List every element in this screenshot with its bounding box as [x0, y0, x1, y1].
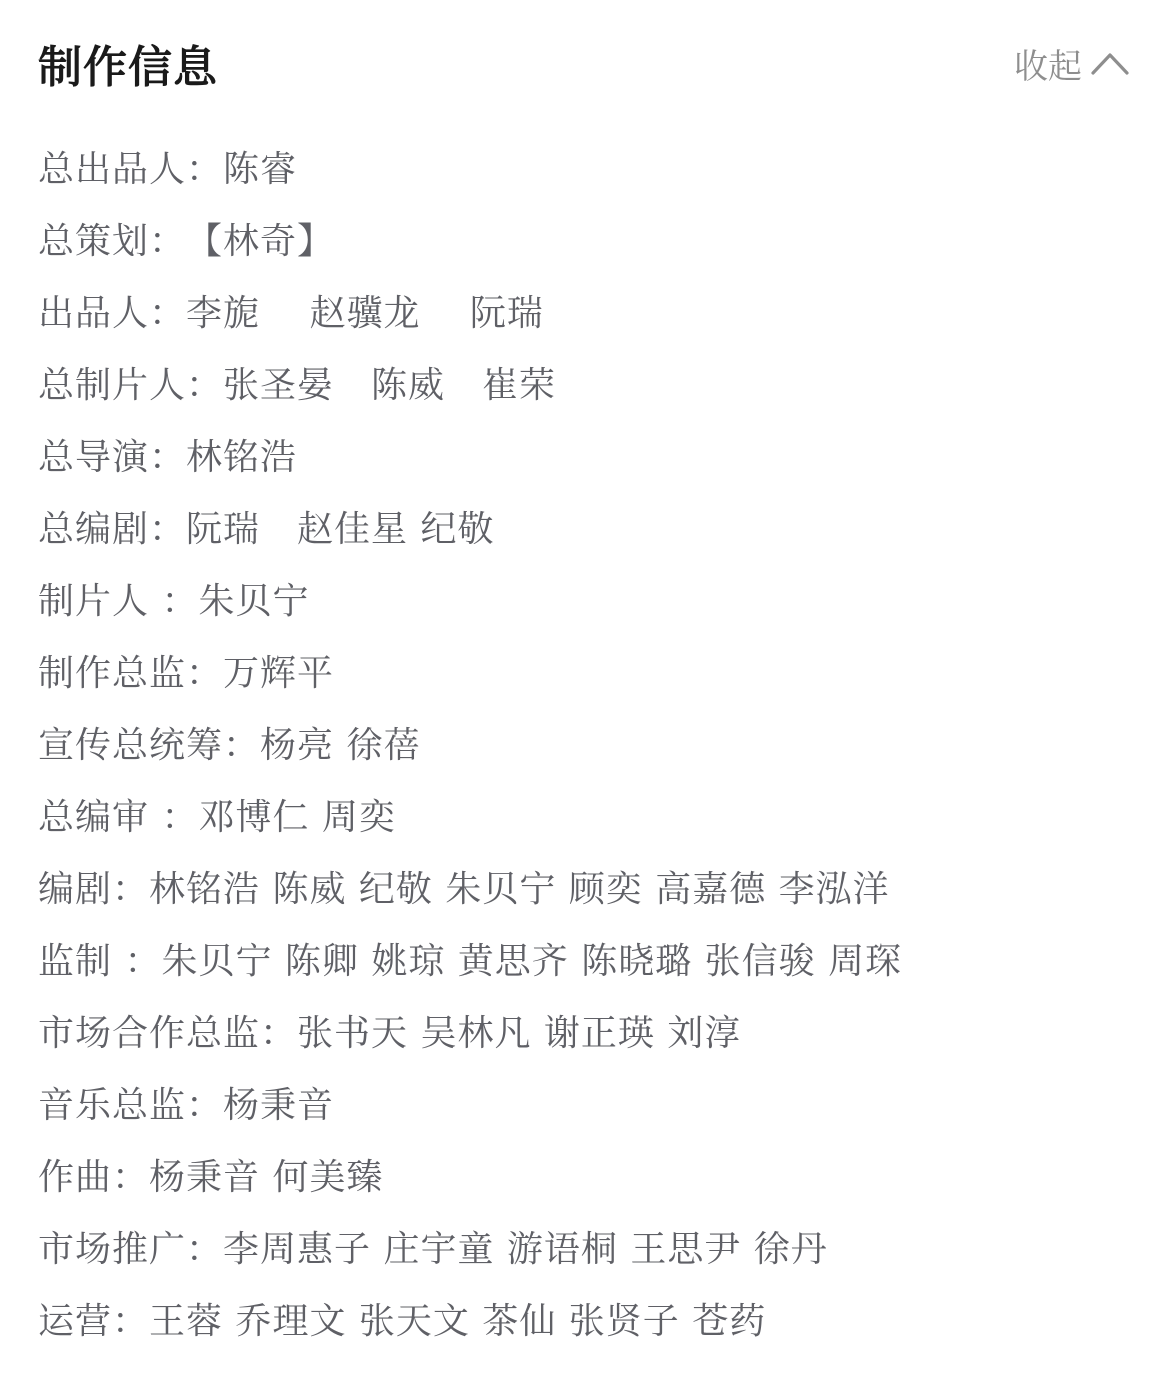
credit-row-producer: 出品人： 李旎 赵骥龙 阮瑞	[38, 274, 1150, 346]
credit-row-marketing-partnership-director: 市场合作总监： 张书天 吴林凡 谢正瑛 刘淳	[38, 994, 1150, 1066]
credit-role: 制作总监：	[38, 645, 223, 696]
credit-names: 【林奇】	[186, 213, 334, 264]
collapse-label: 收起	[1014, 39, 1082, 88]
credit-names: 张书天 吴林凡 谢正瑛 刘淳	[297, 1005, 741, 1056]
credit-role: 宣传总统筹：	[38, 717, 260, 768]
credit-row-screenwriters: 编剧： 林铭浩 陈威 纪敬 朱贝宁 顾奕 高嘉德 李泓洋	[38, 850, 1150, 922]
credit-role: 总制片人：	[38, 357, 223, 408]
credit-names: 邓博仁 周奕	[198, 789, 395, 840]
credit-role: 总编审 ：	[38, 789, 198, 840]
credit-role: 市场推广：	[38, 1221, 223, 1272]
credit-names: 朱贝宁 陈卿 姚琼 黄思齐 陈晓璐 张信骏 周琛	[161, 933, 902, 984]
credit-names: 阮瑞 赵佳星 纪敬	[186, 501, 494, 552]
credit-role: 总导演：	[38, 429, 186, 480]
credit-row-marketing: 市场推广： 李周惠子 庄宇童 游语桐 王思尹 徐丹	[38, 1210, 1150, 1282]
credit-names: 万辉平	[223, 645, 334, 696]
credit-row-chief-director: 总导演： 林铭浩	[38, 418, 1150, 490]
credit-role: 运营：	[38, 1293, 149, 1344]
credit-names: 林铭浩 陈威 纪敬 朱贝宁 顾奕 高嘉德 李泓洋	[149, 861, 890, 912]
credit-names: 杨秉音 何美臻	[149, 1149, 383, 1200]
credit-role: 音乐总监：	[38, 1077, 223, 1128]
credit-names: 杨亮 徐蓓	[260, 717, 420, 768]
credit-names: 李旎 赵骥龙 阮瑞	[186, 285, 544, 336]
credits-list: 总出品人： 陈睿 总策划： 【林奇】 出品人： 李旎 赵骥龙 阮瑞 总制片人： …	[38, 130, 1150, 1354]
credit-role: 作曲：	[38, 1149, 149, 1200]
credit-row-operations: 运营： 王蓉 乔理文 张天文 茶仙 张贤子 苍药	[38, 1282, 1150, 1354]
credit-row-chief-planner: 总策划： 【林奇】	[38, 202, 1150, 274]
collapse-button[interactable]: 收起	[1014, 39, 1130, 88]
credit-row-chief-producer: 总出品人： 陈睿	[38, 130, 1150, 202]
credit-row-production-director: 制作总监： 万辉平	[38, 634, 1150, 706]
credit-role: 监制 ：	[38, 933, 161, 984]
credit-role: 编剧：	[38, 861, 149, 912]
credit-names: 陈睿	[223, 141, 297, 192]
credit-row-music-director: 音乐总监： 杨秉音	[38, 1066, 1150, 1138]
credit-names: 李周惠子 庄宇童 游语桐 王思尹 徐丹	[223, 1221, 828, 1272]
section-header: 制作信息 收起	[38, 30, 1130, 96]
credit-names: 张圣晏 陈威 崔荣	[223, 357, 556, 408]
credit-names: 王蓉 乔理文 张天文 茶仙 张贤子 苍药	[149, 1293, 766, 1344]
credit-role: 总编剧：	[38, 501, 186, 552]
credit-names: 林铭浩	[186, 429, 297, 480]
credit-row-chief-line-producer: 总制片人： 张圣晏 陈威 崔荣	[38, 346, 1150, 418]
credit-row-supervisors: 监制 ： 朱贝宁 陈卿 姚琼 黄思齐 陈晓璐 张信骏 周琛	[38, 922, 1150, 994]
credit-row-publicity-coordinator: 宣传总统筹： 杨亮 徐蓓	[38, 706, 1150, 778]
credit-role: 总策划：	[38, 213, 186, 264]
credit-role: 制片人 ：	[38, 573, 198, 624]
credit-row-chief-editor: 总编审 ： 邓博仁 周奕	[38, 778, 1150, 850]
credit-row-line-producer: 制片人 ： 朱贝宁	[38, 562, 1150, 634]
chevron-up-icon	[1090, 49, 1130, 77]
credit-names: 杨秉音	[223, 1077, 334, 1128]
credit-role: 市场合作总监：	[38, 1005, 297, 1056]
credit-row-composers: 作曲： 杨秉音 何美臻	[38, 1138, 1150, 1210]
section-title: 制作信息	[38, 31, 218, 95]
credit-names: 朱贝宁	[198, 573, 309, 624]
credit-role: 出品人：	[38, 285, 186, 336]
credit-row-chief-screenwriter: 总编剧： 阮瑞 赵佳星 纪敬	[38, 490, 1150, 562]
credit-role: 总出品人：	[38, 141, 223, 192]
